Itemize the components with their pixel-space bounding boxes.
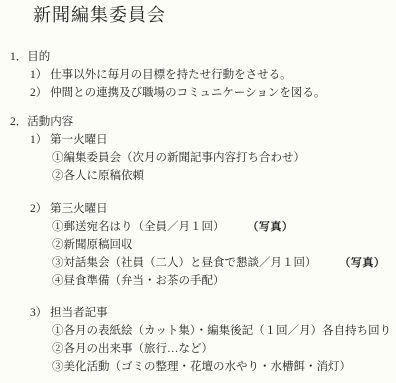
purpose-section-heading: 1．目的 (10, 48, 396, 66)
third-tuesday-item-3-text: ③対話集会（社員（二人）と昼食で懇談／月１回） (52, 257, 317, 269)
third-tuesday-item-1: ①郵送宛名はり（全員／月１回） （写真） (52, 218, 396, 236)
photo-note-1: （写真） (247, 221, 293, 233)
person-in-charge-heading: 3） 担当者記事 (30, 304, 396, 322)
third-tuesday-item-3: ③対話集会（社員（二人）と昼食で懇談／月１回） （写真） (52, 254, 396, 272)
photo-note-2: （写真） (339, 257, 385, 269)
person-in-charge-item-1: ①各月の表紙絵（カット集）・編集後記（１回／月）各自持ち回り (52, 322, 396, 340)
third-tuesday-item-4: ④昼食準備（弁当・お茶の手配） (52, 272, 396, 290)
first-tuesday-item-1: ①編集委員会（次月の新聞記事内容打ち合わせ） (52, 149, 396, 167)
third-tuesday-heading: 2） 第三火曜日 (30, 200, 396, 218)
document-page: 新聞編集委員会 1．目的 1） 仕事以外に毎月の目標を持たせ行動をさせる。 2）… (0, 0, 396, 383)
activities-section-heading: 2．活動内容 (10, 113, 396, 131)
document-title: 新聞編集委員会 (33, 0, 396, 25)
third-tuesday-item-2: ②新聞原稿回収 (52, 236, 396, 254)
purpose-item-1: 1） 仕事以外に毎月の目標を持たせ行動をさせる。 (30, 66, 396, 84)
purpose-item-2: 2） 仲間との連携及び職場のコミュニケーションを図る。 (30, 84, 396, 102)
person-in-charge-item-3: ③美化活動（ゴミの整理・花壇の水やり・水槽餌・消灯） (52, 358, 396, 376)
person-in-charge-item-2: ②各月の出来事（旅行…など） (52, 340, 396, 358)
first-tuesday-item-2: ②各人に原稿依頼 (52, 167, 396, 185)
first-tuesday-heading: 1） 第一火曜日 (30, 131, 396, 149)
third-tuesday-item-1-text: ①郵送宛名はり（全員／月１回） (52, 221, 225, 233)
